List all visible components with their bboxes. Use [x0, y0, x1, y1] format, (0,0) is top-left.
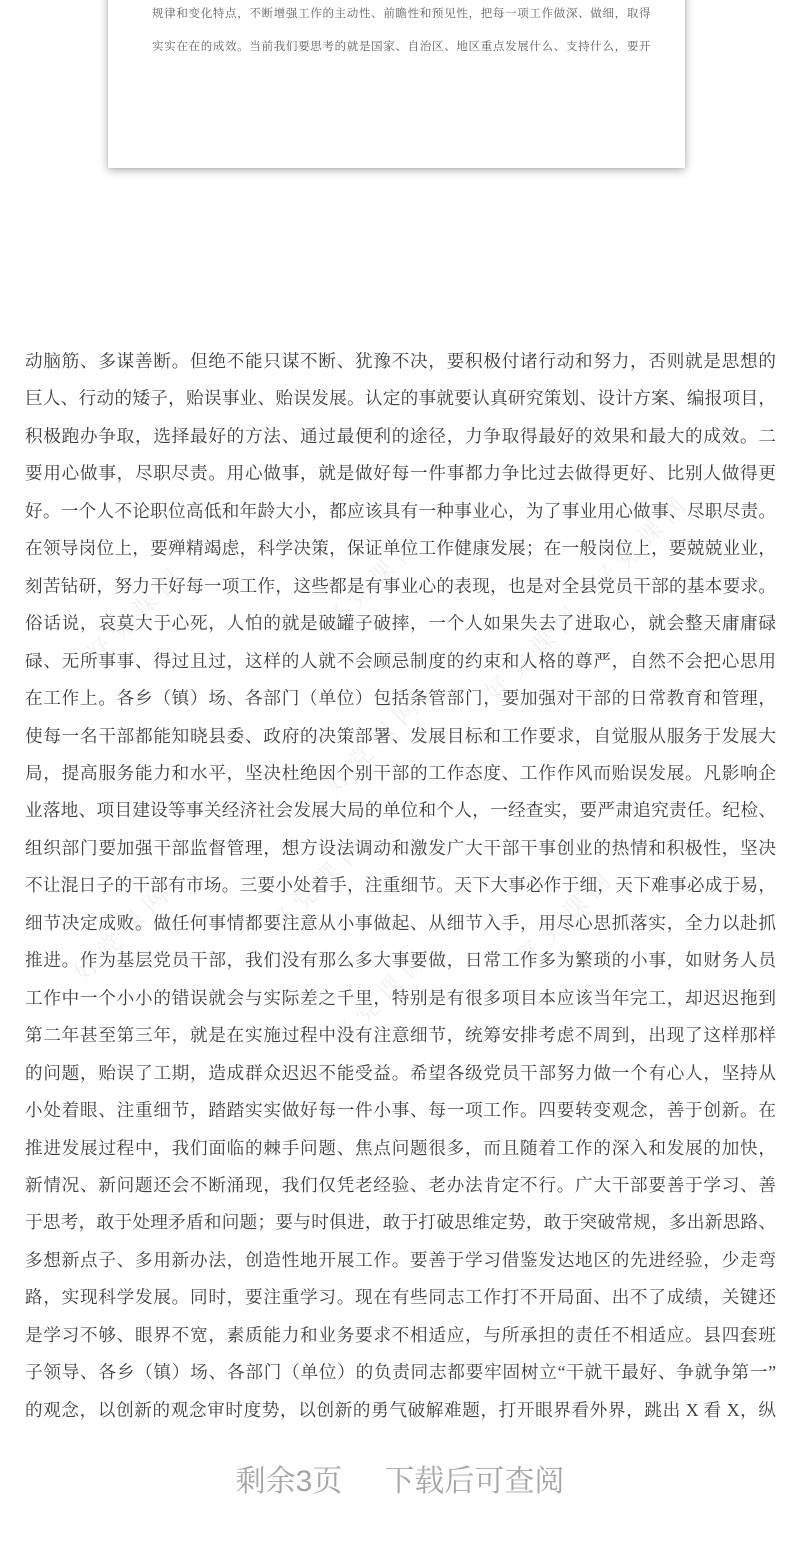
- body-text-line: 子领导、各乡（镇）场、各部门（单位）的负责同志都要牢固树立“干就干最好、争就争第…: [25, 1354, 776, 1391]
- body-text-line: 推进发展过程中，我们面临的棘手问题、焦点问题很多，而且随着工作的深入和发展的加快…: [25, 1130, 776, 1167]
- body-text-line: 是学习不够、眼界不宽，素质能力和业务要求不相适应，与所承担的责任不相适应。县四套…: [25, 1317, 776, 1354]
- body-text-line: 刻苦钻研，努力干好每一项工作，这些都是有事业心的表现，也是对全县党员干部的基本要…: [25, 568, 776, 605]
- previous-page-text-line: 实实在在的成效。当前我们要思考的就是国家、自治区、地区重点发展什么、支持什么，要…: [152, 31, 651, 64]
- body-text-line: 于思考，敢于处理矛盾和问题；要与时俱进，敢于打破思维定势，敢于突破常规，多出新思…: [25, 1204, 776, 1241]
- body-text-line: 的问题，贻误了工期，造成群众迟迟不能受益。希望各级党员干部努力做一个有心人，坚持…: [25, 1055, 776, 1092]
- body-text-line: 路，实现科学发展。同时，要注重学习。现在有些同志工作打不开局面、出不了成绩，关键…: [25, 1279, 776, 1316]
- body-text-line: 新情况、新问题还会不断涌现，我们仅凭老经验、老办法肯定不行。广大干部要善于学习、…: [25, 1167, 776, 1204]
- body-text-line: 积极跑办争取，选择最好的方法、通过最便利的途径，力争取得最好的效果和最大的成效。…: [25, 418, 776, 455]
- document-body: 动脑筋、多谋善断。但绝不能只谋不断、犹豫不决，要积极付诸行动和努力，否则就是思想…: [25, 343, 776, 1429]
- body-text-line: 好。一个人不论职位高低和年龄大小，都应该具有一种事业心，为了事业用心做事、尽职尽…: [25, 493, 776, 530]
- body-text-line: 局，提高服务能力和水平，坚决杜绝因个别干部的工作态度、工作作风而贻误发展。凡影响…: [25, 755, 776, 792]
- body-text-line: 在领导岗位上，要殚精竭虑，科学决策，保证单位工作健康发展；在一般岗位上，要兢兢业…: [25, 530, 776, 567]
- previous-page-text-line: 规律和变化特点，不断增强工作的主动性、前瞻性和预见性，把每一项工作做深、做细，取…: [152, 0, 651, 31]
- body-text-line: 使每一名干部都能知晓县委、政府的决策部署、发展目标和工作要求，自觉服从服务于发展…: [25, 718, 776, 755]
- body-text-line: 第二年甚至第三年，就是在实施过程中没有注意细节，统筹安排考虑不周到，出现了这样那…: [25, 1017, 776, 1054]
- body-text-line: 组织部门要加强干部监督管理，想方设法调动和激发广大干部干事创业的热情和积极性，坚…: [25, 830, 776, 867]
- download-hint-label: 下载后可查阅: [384, 1465, 564, 1498]
- body-text-line: 多想新点子、多用新办法，创造性地开展工作。要善于学习借鉴发达地区的先进经验，少走…: [25, 1242, 776, 1279]
- remaining-pages-notice: 剩余3页下载后可查阅: [0, 1460, 800, 1504]
- body-text-line: 工作中一个小小的错误就会与实际差之千里，特别是有很多项目本应该当年完工，却迟迟拖…: [25, 980, 776, 1017]
- body-text-line: 碌、无所事事、得过且过，这样的人就不会顾忌制度的约束和人格的尊严，自然不会把心思…: [25, 643, 776, 680]
- previous-page-card: 规律和变化特点，不断增强工作的主动性、前瞻性和预见性，把每一项工作做深、做细，取…: [108, 0, 685, 168]
- remaining-pages-label: 剩余3页: [236, 1465, 343, 1498]
- document-preview-page: { "preview_page": { "lines": [ "规律和变化特点，…: [0, 0, 800, 1564]
- body-text-line: 巨人、行动的矮子，贻误事业、贻误发展。认定的事就要认真研究策划、设计方案、编报项…: [25, 380, 776, 417]
- body-text-line: 小处着眼、注重细节，踏踏实实做好每一件小事、每一项工作。四要转变观念，善于创新。…: [25, 1092, 776, 1129]
- body-text-line: 动脑筋、多谋善断。但绝不能只谋不断、犹豫不决，要积极付诸行动和努力，否则就是思想…: [25, 343, 776, 380]
- body-text-line: 推进。作为基层党员干部，我们没有那么多大事要做，日常工作多为繁琐的小事，如财务人…: [25, 942, 776, 979]
- body-text-line: 细节决定成败。做任何事情都要注意从小事做起、从细节入手，用尽心思抓落实，全力以赴…: [25, 905, 776, 942]
- body-text-line: 俗话说，哀莫大于心死，人怕的就是破罐子破摔，一个人如果失去了进取心，就会整天庸庸…: [25, 605, 776, 642]
- body-text-line: 不让混日子的干部有市场。三要小处着手，注重细节。天下大事必作于细，天下难事必成于…: [25, 867, 776, 904]
- body-text-line: 的观念，以创新的观念审时度势，以创新的勇气破解难题，打开眼界看外界，跳出 X 看…: [25, 1392, 776, 1429]
- body-text-line: 业落地、项目建设等事关经济社会发展大局的单位和个人，一经查实，要严肃追究责任。纪…: [25, 792, 776, 829]
- body-text-line: 在工作上。各乡（镇）场、各部门（单位）包括条管部门，要加强对干部的日常教育和管理…: [25, 680, 776, 717]
- body-text-line: 要用心做事，尽职尽责。用心做事，就是做好每一件事都力争比过去做得更好、比别人做得…: [25, 455, 776, 492]
